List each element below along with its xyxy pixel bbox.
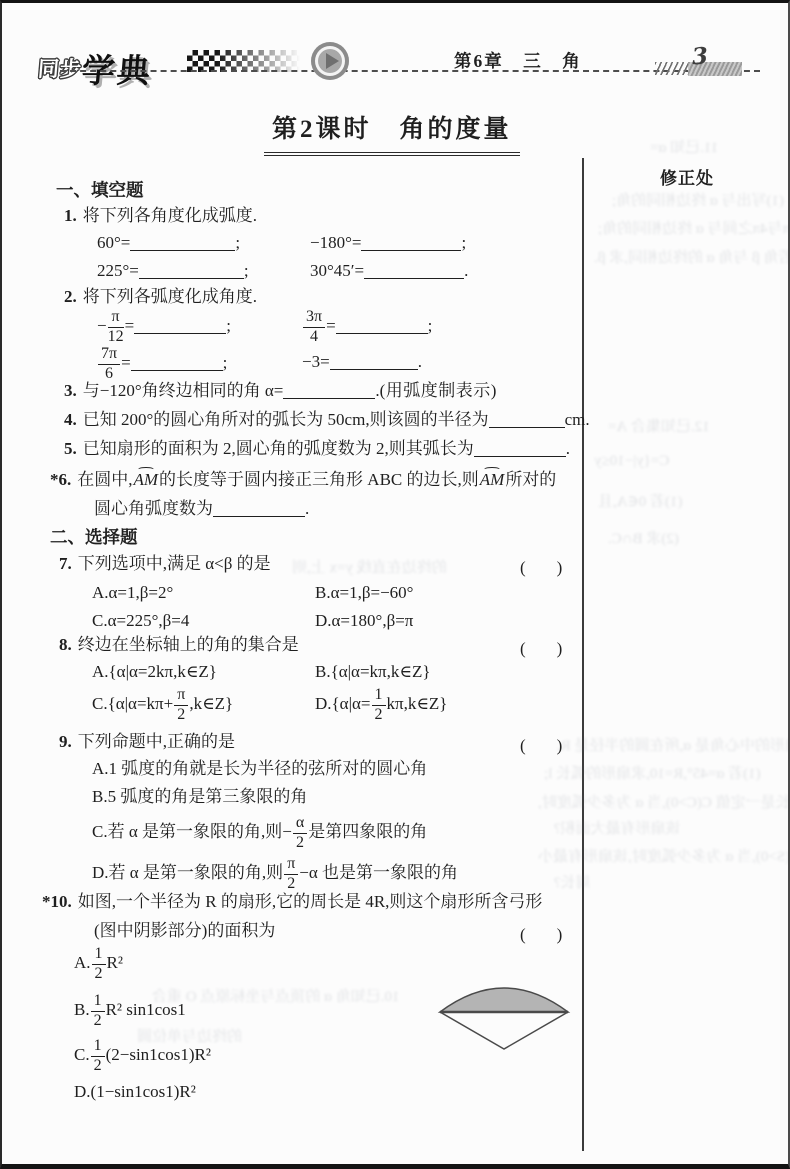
- q10-option-a: A.12R²: [74, 946, 123, 983]
- correction-area-label: 修正处: [660, 164, 714, 189]
- q1-item-b: −180°=;: [310, 232, 466, 255]
- answer-blank: [361, 235, 461, 251]
- play-triangle-icon: [326, 53, 339, 69]
- q10-option-d: D.(1−sin1cos1)R²: [74, 1081, 196, 1104]
- answer-blank: [130, 235, 235, 251]
- q2-item-b: 3π4=;: [302, 309, 432, 346]
- answer-blank: [330, 354, 418, 370]
- q1-item-a: 60°=;: [97, 232, 240, 255]
- q7-option-c: C.α=225°,β=4: [92, 610, 189, 633]
- column-divider: [582, 158, 584, 1151]
- arc-icon: ⌢: [483, 460, 501, 473]
- checkerboard-decoration: [187, 50, 305, 72]
- answer-blank: [139, 263, 244, 279]
- arc-AM: ⌢AM: [133, 469, 160, 492]
- q9-option-a: A.1 弧度的角就是长为半径的弦所对的圆心角: [92, 758, 427, 781]
- answer-blank: [474, 441, 566, 457]
- bleed-through-text: (1)若 0∈A,且: [598, 490, 682, 511]
- play-button-icon: [311, 42, 349, 80]
- q8-option-a: A.{α|α=2kπ,k∈Z}: [92, 661, 217, 684]
- question-4: 4.已知 200°的圆心角所对的弧长为 50cm,则该圆的半径为cm.: [64, 409, 590, 432]
- lesson-title: 第2课时 角的度量: [264, 109, 520, 156]
- question-number: 4.: [64, 410, 77, 429]
- bleed-through-text: (1)写出与 α 终边相同的角;: [612, 189, 784, 210]
- question-number: *6.: [50, 470, 71, 489]
- fraction: 12: [91, 993, 105, 1030]
- answer-blank: [336, 318, 428, 334]
- shaded-segment: [440, 988, 568, 1012]
- fraction: α2: [293, 815, 307, 852]
- chapter-heading: 第6章 三 角: [454, 48, 582, 73]
- answer-blank: [489, 412, 565, 428]
- question-9-stem: 9.下列命题中,正确的是: [59, 731, 235, 754]
- bleed-through-text: (1)若 α=45°,R=10,求扇形的弧长 l;: [544, 762, 761, 783]
- question-5: 5.已知扇形的面积为 2,圆心角的弧度数为 2,则其弧长为.: [64, 438, 570, 461]
- bleed-through-text: 12.已知集合 A=: [608, 415, 710, 436]
- fraction: 12: [92, 946, 106, 983]
- fraction: π12: [108, 309, 124, 346]
- q9-option-c: C.若 α 是第一象限的角,则−α2是第四象限的角: [92, 815, 427, 852]
- answer-paren: ( ): [520, 731, 561, 756]
- section-fill-label: 一、填空题: [56, 179, 144, 203]
- question-number: *10.: [42, 892, 72, 911]
- q9-option-d: D.若 α 是第一象限的角,则π2−α 也是第一象限的角: [92, 856, 458, 893]
- question-number: 8.: [59, 635, 72, 654]
- bleed-through-text: 10.已知角 α 的顶点与坐标原点 O 重合: [152, 985, 399, 1006]
- question-6-line2: 圆心角弧度数为.: [94, 498, 309, 521]
- answer-blank: [213, 501, 305, 517]
- answer-paren: ( ): [520, 920, 561, 945]
- bleed-through-text: (2)若扇形的周长是一定值 C(C>0),当 α 为多少弧度时,: [538, 791, 790, 812]
- q7-option-b: B.α=1,β=−60°: [315, 582, 413, 605]
- brand-logo: 同步学典: [36, 45, 154, 92]
- question-number: 5.: [64, 439, 77, 458]
- bleed-through-text: *13.已知一扇形的中心角是 α,所在圆的半径是 R.: [557, 734, 790, 755]
- q2-item-c: 7π6=;: [97, 346, 227, 383]
- bleed-through-text: (3)若角 β 与角 α 的终边相同,求 β.: [594, 246, 790, 267]
- workbook-page: 同步学典 第6章 三 角 3 第2课时 角的度量 修正处 一、填空题 1.将下列…: [0, 0, 790, 1169]
- q9-option-b: B.5 弧度的角是第三象限的角: [92, 786, 307, 809]
- fraction: 3π4: [303, 309, 325, 346]
- answer-blank: [134, 318, 226, 334]
- bleed-through-text: 的终边与单位圆: [137, 1025, 242, 1046]
- question-7-stem: 7.下列选项中,满足 α<β 的是: [59, 553, 271, 576]
- bleed-through-text: (2)求 B∩C.: [608, 527, 679, 548]
- bleed-through-text: 该扇形有最大面积?: [554, 817, 681, 838]
- question-8-stem: 8.终边在坐标轴上的角的集合是: [59, 634, 299, 657]
- question-number: 3.: [64, 381, 77, 400]
- bleed-through-text: 周长?: [554, 871, 591, 892]
- bleed-through-text: 11.已知 α=: [650, 136, 718, 157]
- page-number: 3: [691, 42, 709, 70]
- q8-option-d: D.{α|α=12kπ,k∈Z}: [315, 687, 447, 724]
- q8-option-c: C.{α|α=kπ+π2,k∈Z}: [92, 687, 233, 724]
- q2-item-a: −π12=;: [97, 309, 231, 346]
- answer-paren: ( ): [520, 634, 561, 659]
- bleed-through-text: (2)写出在−4π与4π之间与 α 终边相同的角;: [598, 217, 790, 238]
- bleed-through-text: 的终边在直线 y=x 上,则: [292, 556, 447, 577]
- q8-option-b: B.{α|α=kπ,k∈Z}: [315, 661, 431, 684]
- sector-sides: [440, 1012, 568, 1049]
- pagenum-hatch-decoration: [655, 62, 689, 75]
- q2-item-d: −3=.: [302, 351, 422, 374]
- question-10-line1: *10.如图,一个半径为 R 的扇形,它的周长是 4R,则这个扇形所含弓形: [42, 891, 542, 914]
- fraction: 12: [91, 1038, 105, 1075]
- answer-blank: [131, 355, 223, 371]
- answer-paren: ( ): [520, 553, 561, 578]
- answer-blank: [283, 383, 375, 399]
- question-number: 9.: [59, 732, 72, 751]
- arc-AM: ⌢AM: [479, 469, 506, 492]
- question-number: 2.: [64, 287, 77, 306]
- question-number: 7.: [59, 554, 72, 573]
- answer-blank: [364, 263, 464, 279]
- question-10-line2: (图中阴影部分)的面积为: [94, 920, 275, 943]
- question-1-stem: 1.将下列各角度化成弧度.: [64, 205, 257, 228]
- sector-figure: [432, 984, 576, 1056]
- q1-item-d: 30°45′=.: [310, 260, 468, 283]
- section-choice-label: 二、选择题: [50, 526, 138, 550]
- question-6-line1: *6.在圆中,⌢AM的长度等于圆内接正三角形 ABC 的边长,则⌢AM所对的: [50, 469, 556, 492]
- question-3: 3.与−120°角终边相同的角 α=.(用弧度制表示): [64, 380, 497, 403]
- fraction: π2: [174, 687, 188, 724]
- fraction: 7π6: [98, 346, 120, 383]
- fraction: π2: [284, 856, 298, 893]
- bleed-through-text: (3)若扇形的面积是一定值 S(S>0),当 α 为多少弧度时,该扇形有最小: [538, 845, 790, 866]
- question-2-stem: 2.将下列各弧度化成角度.: [64, 286, 257, 309]
- q7-option-d: D.α=180°,β=π: [315, 610, 413, 633]
- q1-item-c: 225°=;: [97, 260, 249, 283]
- fraction: 12: [372, 687, 386, 724]
- bleed-through-text: C={y|−10≤y: [594, 453, 669, 470]
- q7-option-a: A.α=1,β=2°: [92, 582, 173, 605]
- question-number: 1.: [64, 206, 77, 225]
- arc-icon: ⌢: [137, 460, 155, 473]
